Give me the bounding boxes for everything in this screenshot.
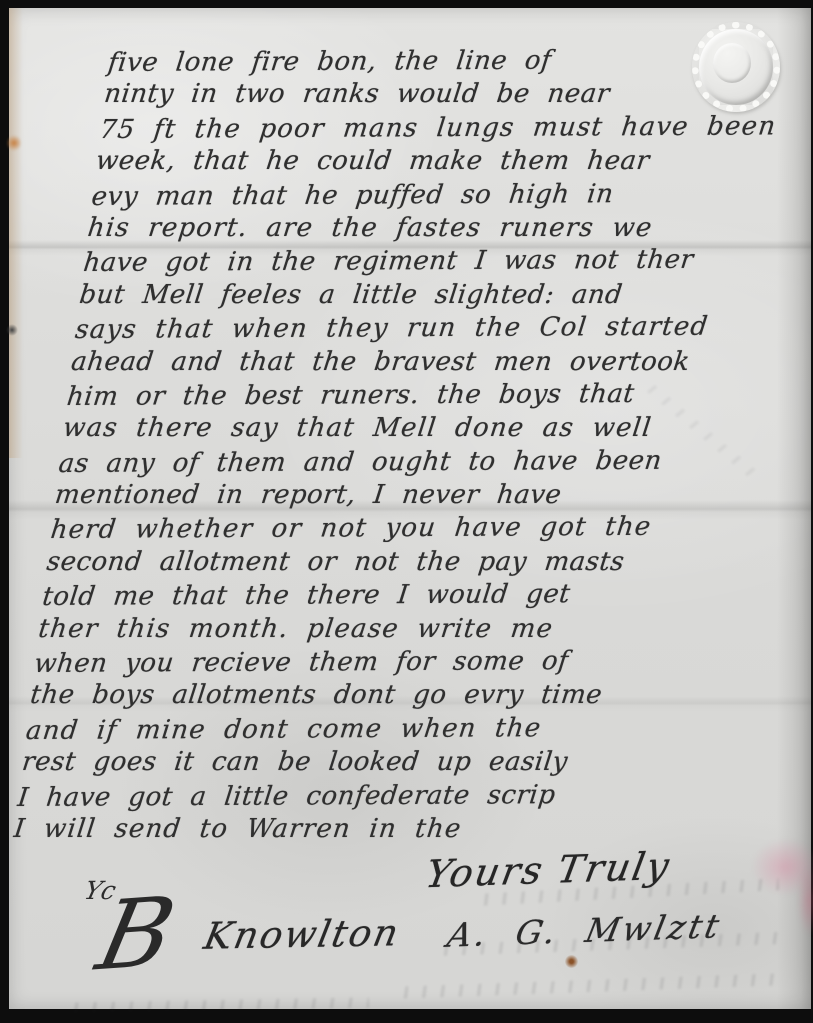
handwritten-line: told me that the there I would get bbox=[40, 578, 789, 615]
handwritten-line: and if mine dont come when the bbox=[24, 712, 773, 749]
handwritten-line: herd whether or not you have got the bbox=[49, 512, 798, 549]
rust-stain bbox=[7, 134, 21, 152]
handwritten-line: I have got a little confederate scrip bbox=[16, 779, 765, 816]
handwritten-line: rest goes it can be looked up easily bbox=[20, 747, 769, 780]
handwritten-line: second allotment or not the pay masts bbox=[45, 547, 794, 580]
handwritten-line: week, that he could make them hear bbox=[94, 146, 813, 179]
brown-stain bbox=[565, 955, 578, 968]
handwritten-line: 75 ft the poor mans lungs must have been bbox=[98, 111, 813, 148]
handwritten-line: I will send to Warren in the bbox=[12, 814, 761, 847]
handwritten-line: evy man that he puffed so high in bbox=[90, 178, 813, 215]
handwritten-line: the boys allotments dont go evry time bbox=[28, 680, 777, 713]
handwritten-line: was there say that Mell done as well bbox=[61, 413, 810, 446]
handwritten-line: ahead and that the bravest men overtook bbox=[69, 347, 813, 380]
handwritten-line: his report. are the fastes runers we bbox=[86, 213, 813, 246]
handwritten-line: have got in the regiment I was not ther bbox=[81, 244, 813, 281]
handwritten-line: when you recieve them for some of bbox=[32, 645, 781, 682]
handwritten-line: mentioned in report, I never have bbox=[53, 480, 802, 513]
scanned-letter-screenshot: five lone fire bon, the line ofninty in … bbox=[0, 0, 813, 1023]
handwritten-line: but Mell feeles a little slighted: and bbox=[77, 280, 813, 313]
letter-closing: Yours Truly bbox=[422, 844, 674, 896]
handwritten-line: him or the best runers. the boys that bbox=[65, 378, 813, 415]
handwritten-line: five lone fire bon, the line of bbox=[106, 44, 813, 81]
letter-body-text: five lone fire bon, the line ofninty in … bbox=[12, 46, 813, 847]
dark-edge-spot bbox=[6, 324, 18, 336]
handwritten-line: ninty in two ranks would be near bbox=[102, 79, 813, 112]
signature-name: Knowlton bbox=[200, 911, 403, 957]
signature-suffix: A. G. Mwlztt bbox=[444, 906, 725, 954]
handwritten-line: says that when they run the Col started bbox=[73, 311, 813, 348]
handwritten-line: as any of them and ought to have been bbox=[57, 445, 806, 482]
bleed-through-writing bbox=[399, 973, 779, 998]
letter-paper-sheet: five lone fire bon, the line ofninty in … bbox=[9, 8, 811, 1009]
bleed-through-writing bbox=[69, 997, 369, 1012]
paper-edge-discoloration bbox=[9, 8, 23, 458]
handwritten-line: ther this month. please write me bbox=[36, 614, 785, 647]
